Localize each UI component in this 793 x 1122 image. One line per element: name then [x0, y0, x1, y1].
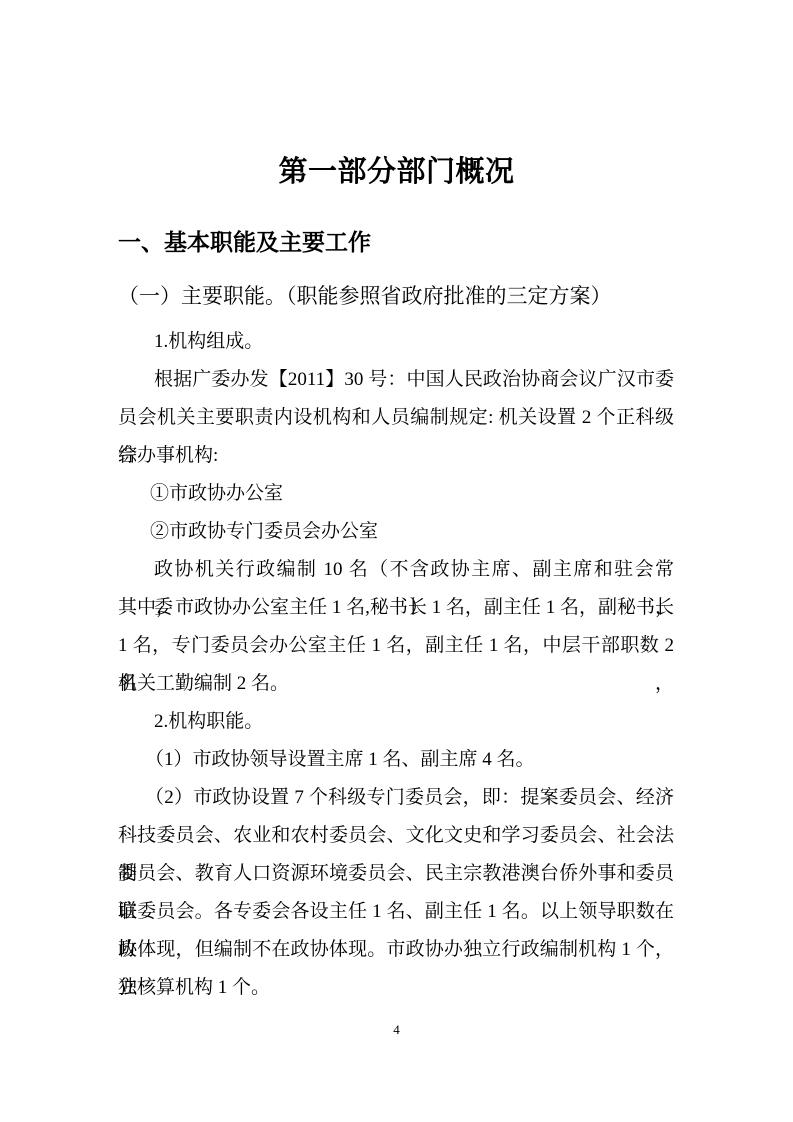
- body-line: 合办事机构:: [118, 437, 674, 475]
- body-line: 协体现，但编制不在政协体现。市政协办独立行政编制机构 1 个，独: [118, 931, 674, 969]
- body-line: 其中，市政协办公室主任 1 名,秘书长 1 名，副主任 1 名，副秘书长: [118, 589, 674, 627]
- document-title: 第一部分部门概况: [0, 152, 793, 192]
- section-heading: 一、基本职能及主要工作: [118, 227, 371, 257]
- page-number: 4: [0, 1020, 793, 1040]
- body-line: 员会机关主要职责内设机构和人员编制规定: 机关设置 2 个正科级综: [118, 399, 674, 437]
- body-line: 立核算机构 1 个。: [118, 969, 674, 1007]
- body-line: 1 名，专门委员会办公室主任 1 名，副主任 1 名，中层干部职数 2 名，: [118, 627, 674, 665]
- document-page: 第一部分部门概况 一、基本职能及主要工作 （一）主要职能。（职能参照省政府批准的…: [0, 0, 793, 1122]
- body-line: 1.机构组成。: [118, 323, 674, 361]
- body-line: 根据广委办发【2011】30 号：中国人民政治协商会议广汉市委: [118, 361, 674, 399]
- body-line: （1）市政协领导设置主席 1 名、副主席 4 名。: [118, 741, 674, 779]
- body-line: 2.机构职能。: [118, 703, 674, 741]
- body-line: ②市政协专门委员会办公室: [118, 513, 674, 551]
- body-line: 谊委员会。各专委会各设主任 1 名、副主任 1 名。以上领导职数在政: [118, 893, 674, 931]
- body-line: 政协机关行政编制 10 名（不含政协主席、副主席和驻会常委），: [118, 551, 674, 589]
- body-line: 委员会、教育人口资源环境委员会、民主宗教港澳台侨外事和委员联: [118, 855, 674, 893]
- body-line: （2）市政协设置 7 个科级专门委员会，即：提案委员会、经济: [118, 779, 674, 817]
- body-text-block: 1.机构组成。 根据广委办发【2011】30 号：中国人民政治协商会议广汉市委 …: [118, 323, 674, 1007]
- body-line: ①市政协办公室: [118, 475, 674, 513]
- subsection-heading: （一）主要职能。（职能参照省政府批准的三定方案）: [118, 280, 676, 312]
- body-line: 科技委员会、农业和农村委员会、文化文史和学习委员会、社会法制: [118, 817, 674, 855]
